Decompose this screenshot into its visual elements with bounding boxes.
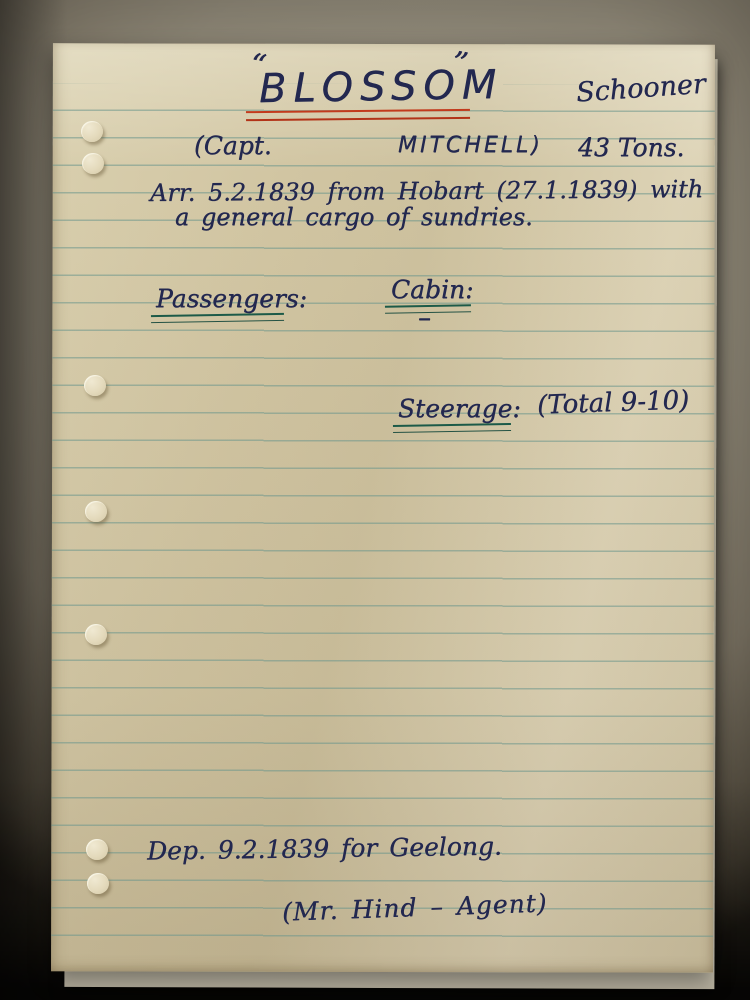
punch-hole — [85, 624, 107, 645]
cabin-heading: Cabin: — [391, 275, 474, 304]
punch-hole — [81, 121, 103, 142]
captain-name: MITCHELL) — [398, 133, 543, 158]
passengers-heading: Passengers: — [156, 284, 307, 313]
punch-hole — [86, 839, 108, 860]
punch-hole — [85, 501, 107, 522]
punch-hole — [82, 153, 104, 174]
photo-background: “ BLOSSOM ” Schooner (Capt. MITCHELL) 43… — [0, 0, 750, 1000]
captain-label: (Capt. — [194, 131, 272, 160]
cabin-empty-dash: – — [418, 303, 431, 333]
total-note: (Total 9-10) — [537, 385, 690, 420]
departure-line: Dep. 9.2.1839 for Geelong. — [147, 832, 502, 866]
arrival-line-2: a general cargo of sundries. — [175, 203, 533, 231]
ship-name-title: BLOSSOM — [259, 62, 504, 112]
steerage-heading: Steerage: — [398, 394, 521, 423]
tonnage: 43 Tons. — [578, 133, 684, 162]
punch-hole — [84, 375, 106, 396]
punch-hole — [87, 873, 109, 894]
